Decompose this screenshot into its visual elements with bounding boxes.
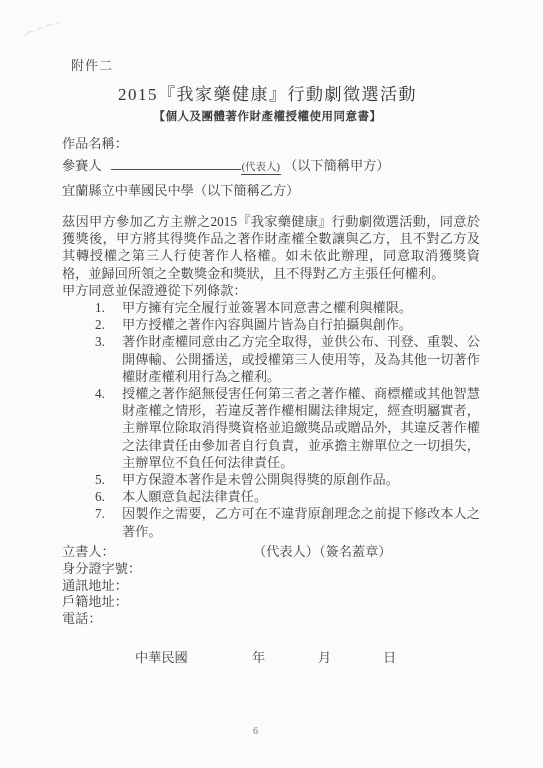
term-text: 甲方授權之著作內容與圖片皆為自行拍攝與創作。 [122,317,412,332]
term-text: 甲方擁有完全履行並簽署本同意書之權利與權限。 [122,300,412,315]
term-number: 1. [95,299,105,316]
date-era-label: 中華民國 [135,647,188,666]
term-number: 2. [95,316,105,333]
term-item: 3. 著作財產權同意由乙方完全取得，並供公布、刊登、重製、公開傳輸、公開播送，或… [62,333,480,385]
contestant-label: 參賽人 [62,158,102,173]
term-item: 5. 甲方保證本著作是未曾公開與得獎的原創作品。 [62,471,480,488]
mailing-address-label: 通訊地址： [62,578,480,595]
document-page: 附件二 2015『我家藥健康』行動劇徵選活動 【個人及團體著作財產權授權使用同意… [0,0,543,768]
term-number: 4. [95,385,105,402]
term-number: 3. [95,333,105,350]
term-text: 著作財產權同意由乙方完全取得，並供公布、刊登、重製、公開傳輸、公開播送，或授權第… [122,334,480,383]
date-month-label: 月 [318,647,331,666]
contestant-name-blank-field [111,156,241,170]
term-number: 7. [95,505,105,522]
registered-address-label: 戶籍地址： [62,594,480,611]
term-item: 4. 授權之著作絕無侵害任何第三者之著作權、商標權或其他智慧財產權之情形，若違反… [62,385,480,471]
term-text: 甲方保證本著作是未曾公開與得獎的原創作品。 [122,472,399,487]
terms-intro: 甲方同意並保證遵從下列條款： [62,282,480,299]
term-text: 因製作之需要，乙方可在不違背原創理念之前提下修改本人之著作。 [122,506,480,538]
date-line: 中華民國 年 月 日 [62,647,480,663]
term-number: 6. [95,488,105,505]
term-text: 本人願意負起法律責任。 [122,489,267,504]
term-item: 1. 甲方擁有完全履行並簽署本同意書之權利與權限。 [62,299,480,316]
term-item: 6. 本人願意負起法律責任。 [62,488,480,505]
date-year-label: 年 [252,647,265,666]
terms-list: 1. 甲方擁有完全履行並簽署本同意書之權利與權限。 2. 甲方授權之著作內容與圖… [62,299,480,540]
signature-block: 立書人： （代表人）（簽名蓋章） 身分證字號： 通訊地址： 戶籍地址： 電話： [62,544,480,628]
party-b-line: 宜蘭縣立中華國民中學（以下簡稱乙方） [62,180,299,199]
date-day-label: 日 [383,647,396,666]
signer-label: 立書人： [62,544,115,559]
agreement-body: 茲因甲方參加乙方主辦之2015『我家藥健康』行動劇徵選活動，同意於獲獎後，甲方將… [62,213,480,540]
document-subtitle: 【個人及團體著作財產權授權使用同意書】 [0,108,535,124]
party-a-note: （以下簡稱甲方） [284,158,390,173]
signer-row: 立書人： （代表人）（簽名蓋章） [62,544,480,561]
term-item: 7. 因製作之需要，乙方可在不違背原創理念之前提下修改本人之著作。 [62,505,480,539]
term-number: 5. [95,471,105,488]
term-text: 授權之著作絕無侵害任何第三者之著作權、商標權或其他智慧財產權之情形，若違反著作權… [122,386,480,470]
signer-note: （代表人）（簽名蓋章） [253,544,391,561]
attachment-label: 附件二 [71,55,113,74]
representative-note: (代表人) [241,162,282,175]
term-item: 2. 甲方授權之著作內容與圖片皆為自行拍攝與創作。 [62,316,480,333]
contestant-row: 參賽人(代表人)（以下簡稱甲方） [62,155,390,174]
work-name-label: 作品名稱： [62,133,128,152]
page-number: 6 [253,726,258,737]
phone-label: 電話： [62,611,480,628]
id-number-label: 身分證字號： [62,561,480,578]
preamble-paragraph: 茲因甲方參加乙方主辦之2015『我家藥健康』行動劇徵選活動，同意於獲獎後，甲方將… [62,213,480,282]
document-title: 2015『我家藥健康』行動劇徵選活動 [0,80,535,105]
scan-smudge-mark [22,18,62,44]
